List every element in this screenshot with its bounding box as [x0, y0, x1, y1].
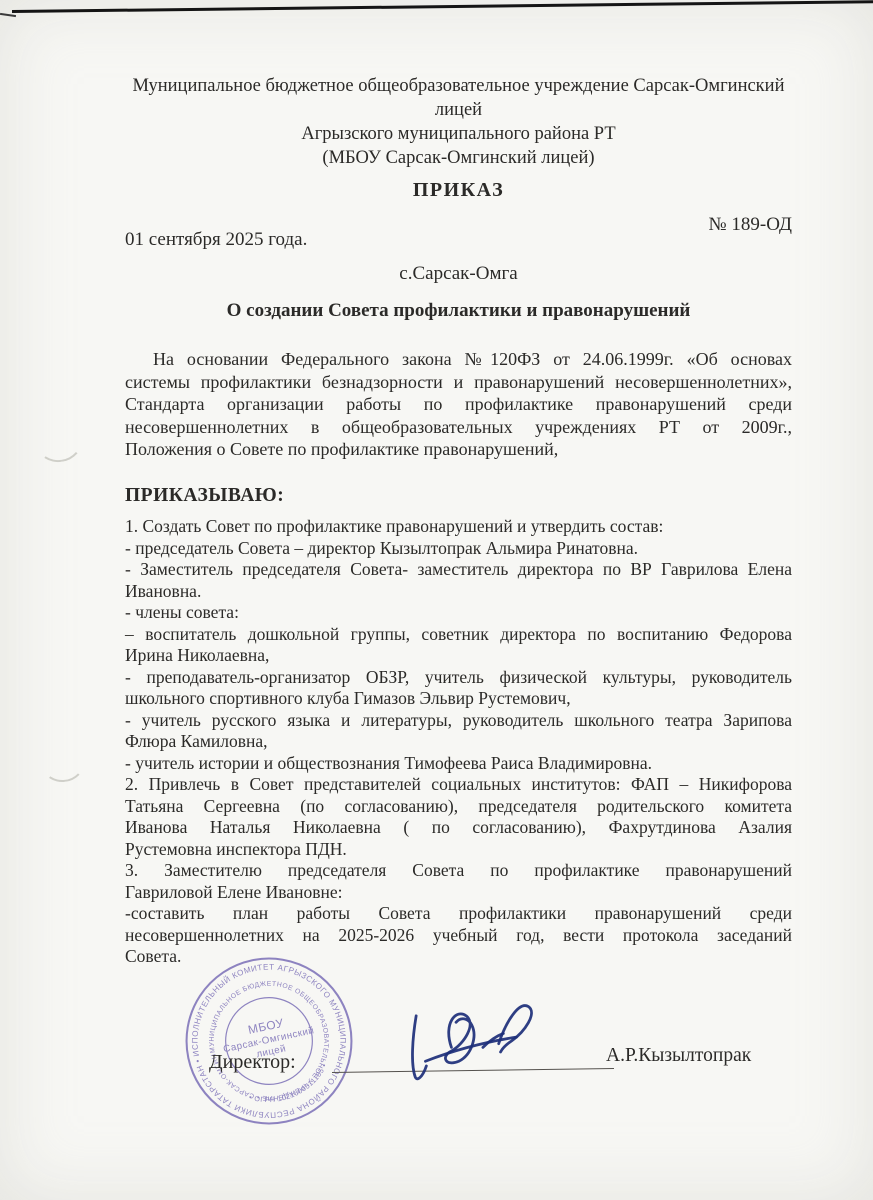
official-round-stamp: ИСПОЛНИТЕЛЬНЫЙ КОМИТЕТ АГРЫЗСКОГО МУНИЦИ…: [168, 940, 370, 1142]
text-line: Иванова Наталья Николаевна ( по согласов…: [125, 817, 792, 839]
text-line: - члены совета:: [125, 602, 792, 624]
text-line: - Заместитель председателя Совета- замес…: [125, 559, 792, 581]
text-line: – воспитатель дошкольной группы, советни…: [125, 624, 792, 646]
text-line: - учитель русского языка и литературы, р…: [125, 710, 792, 732]
document-place: с.Сарсак-Омга: [125, 263, 792, 285]
text-line: Гавриловой Елене Ивановне:: [125, 882, 792, 904]
director-name: А.Р.Кызылтопрак: [606, 1045, 751, 1067]
text-line: Муниципальное бюджетное общеобразователь…: [125, 74, 792, 98]
text-line: Стандарта организации работы по профилак…: [125, 393, 792, 416]
text-line: несовершеннолетних на 2025-2026 учебный …: [125, 925, 792, 947]
text-line: 1. Создать Совет по профилактике правона…: [125, 516, 792, 538]
text-line: Ивановна.: [125, 581, 792, 603]
text-line: - учитель истории и обществознания Тимоф…: [125, 753, 792, 775]
text-line: 2. Привлечь в Совет представителей социа…: [125, 774, 792, 796]
text-line: На основании Федерального закона №120ФЗ …: [125, 348, 792, 371]
text-line: 3. Заместителю председателя Совета по пр…: [125, 860, 792, 882]
scan-smudge-mark: [33, 419, 84, 465]
director-label: Директор:: [209, 1051, 296, 1074]
text-line: - преподаватель-организатор ОБЗР, учител…: [125, 667, 792, 689]
text-line: лицей: [125, 98, 792, 122]
preamble-paragraph: На основании Федерального закона №120ФЗ …: [125, 348, 792, 461]
text-line: школьного спортивного клуба Гимазов Эльв…: [125, 688, 792, 710]
handwritten-signature: [398, 988, 566, 1090]
order-body: 1. Создать Совет по профилактике правона…: [125, 516, 792, 968]
text-line: - председатель Совета – директор Кызылто…: [125, 538, 792, 560]
text-line: системы профилактики безнадзорности и пр…: [125, 371, 792, 394]
resolution-word: ПРИКАЗЫВАЮ:: [125, 485, 792, 507]
scanned-document-page: { "document": { "org_lines": [ "Муниципа…: [0, 0, 873, 1200]
text-line: Ирина Николаевна,: [125, 645, 792, 667]
scan-smudge-mark: [40, 744, 86, 784]
text-line: Положения о Совете по профилактике право…: [125, 438, 792, 461]
document-type-title: ПРИКАЗ: [125, 179, 792, 202]
scan-corner-artifact: [0, 13, 16, 17]
text-line: (МБОУ Сарсак-Омгинский лицей): [125, 146, 792, 170]
scan-top-edge-artifact: [12, 0, 873, 13]
text-line: Агрызского муниципального района РТ: [125, 122, 792, 146]
text-line: Рустемовна инспектора ПДН.: [125, 839, 792, 861]
text-line: несовершеннолетних в общеобразовательных…: [125, 416, 792, 439]
document-date: 01 сентября 2025 года.: [125, 229, 792, 251]
text-line: -составить план работы Совета профилакти…: [125, 903, 792, 925]
text-line: Татьяна Сергеевна (по согласованию), пре…: [125, 796, 792, 818]
text-line: Флюра Камиловна,: [125, 731, 792, 753]
organization-header: Муниципальное бюджетное общеобразователь…: [125, 74, 792, 170]
document-subject: О создании Совета профилактики и правона…: [125, 300, 792, 322]
